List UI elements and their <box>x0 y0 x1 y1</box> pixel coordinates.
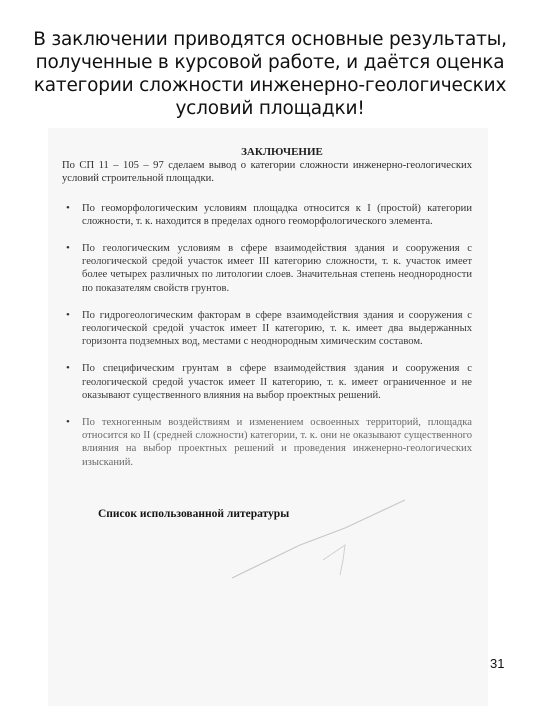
page-number: 31 <box>490 656 504 671</box>
references-heading: Список использованной литературы <box>98 508 289 520</box>
signature-stroke-icon <box>0 0 540 720</box>
